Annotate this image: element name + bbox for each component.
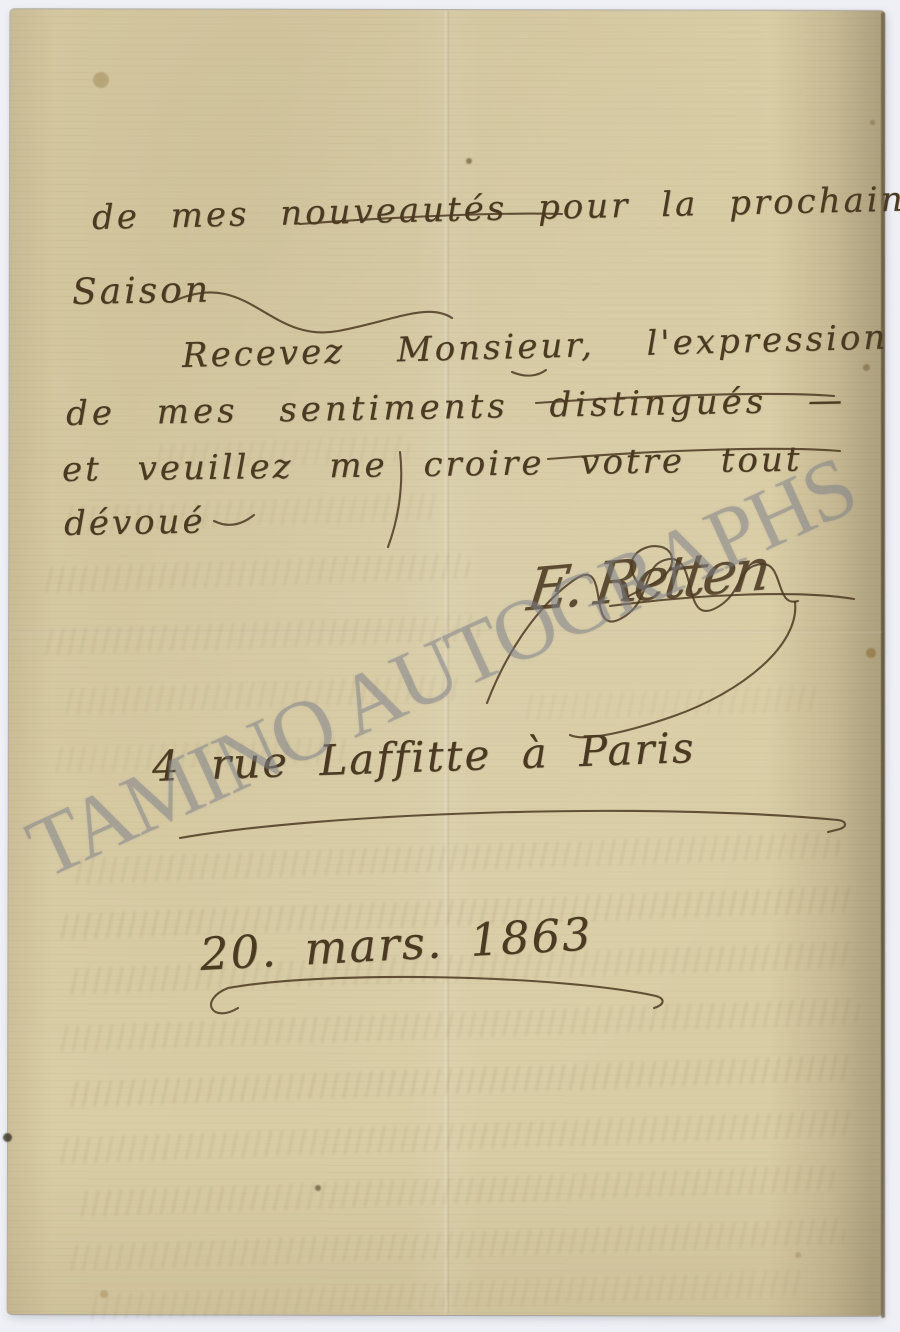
foxing-spot (3, 1133, 12, 1142)
foxing-spot (863, 364, 870, 371)
foxing-spot (870, 120, 875, 125)
letter-line-6: dévoué (64, 502, 206, 544)
foxing-spot (93, 72, 109, 88)
foxing-spot (866, 648, 876, 658)
foxing-spot (100, 1290, 108, 1298)
foxing-spot (315, 1185, 321, 1191)
foxing-spot (466, 158, 472, 164)
foxing-spot (795, 1252, 801, 1258)
letter-line-2: Saison (72, 270, 212, 313)
scan-background: de mes nouveautés pour la prochaine Sais… (0, 0, 900, 1332)
